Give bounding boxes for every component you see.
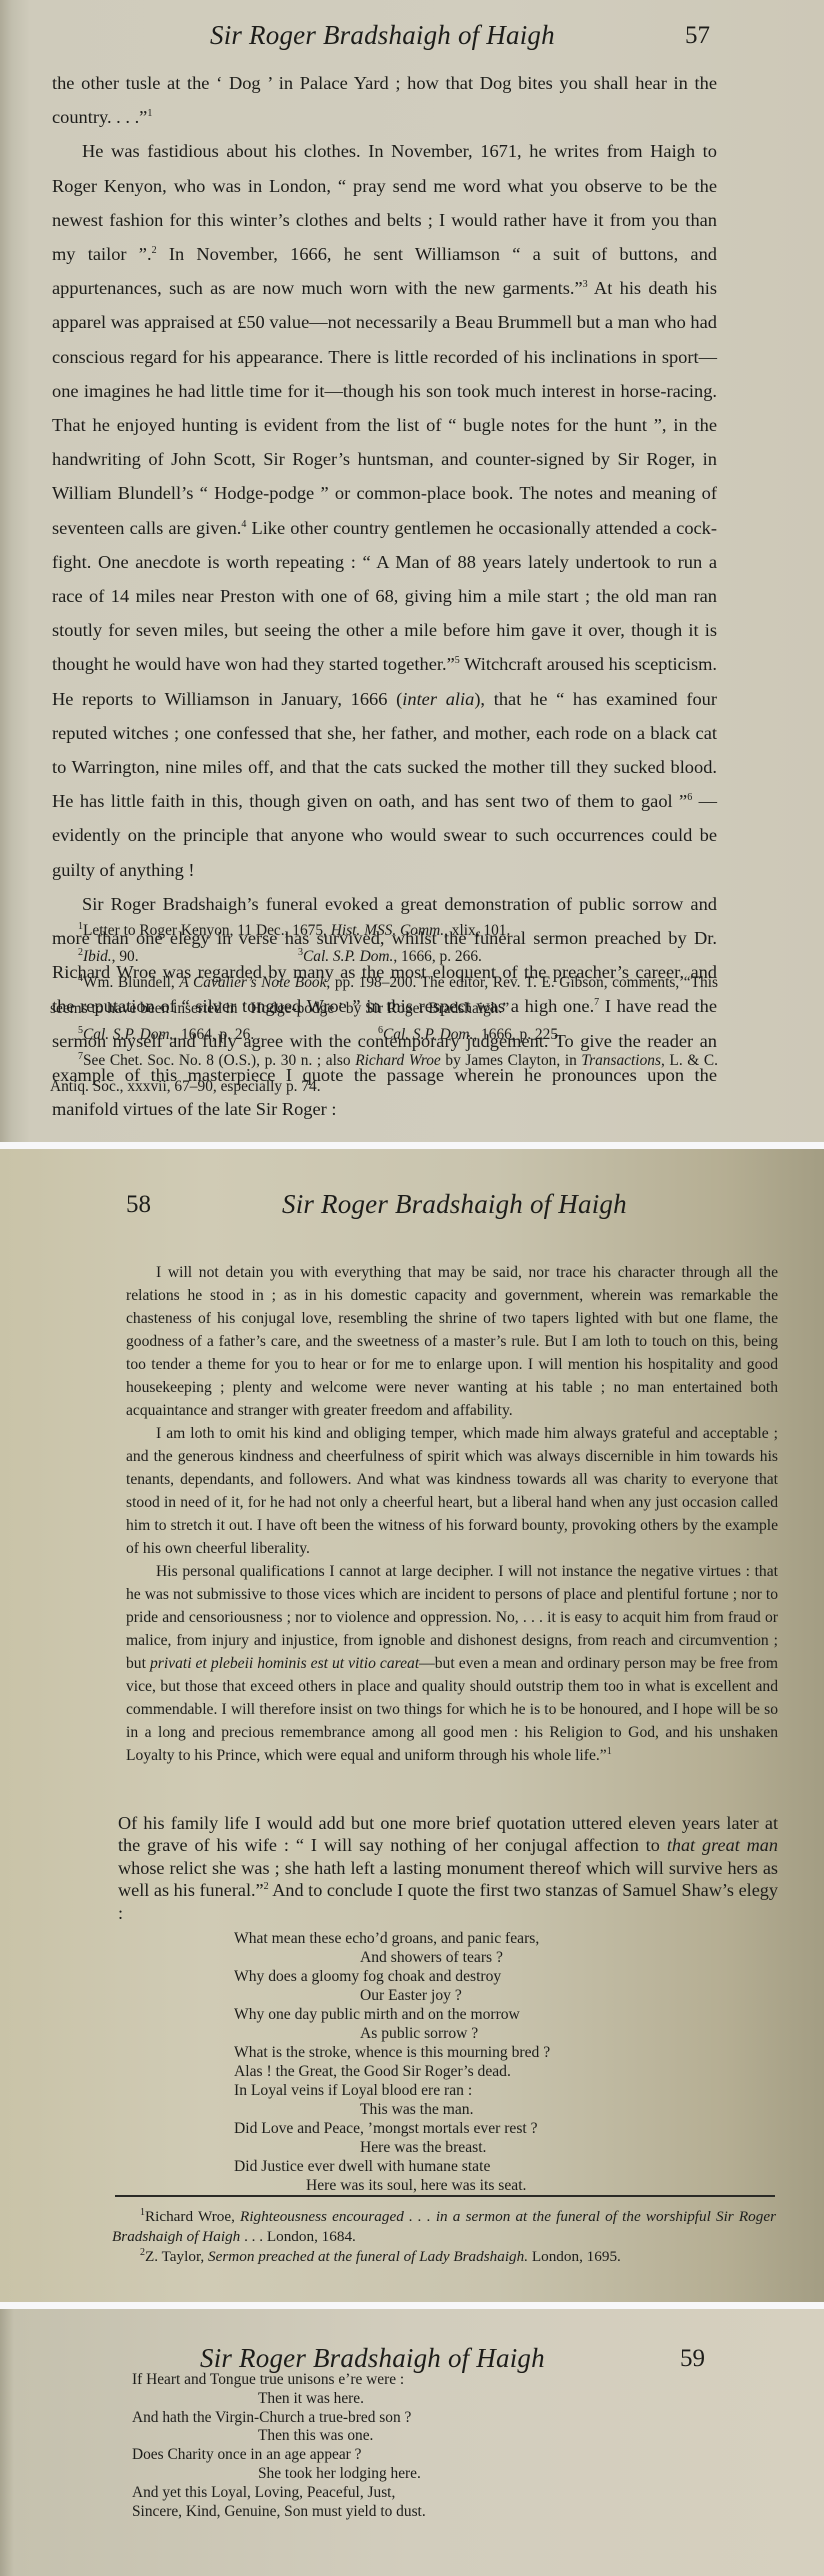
poem-line: Alas ! the Great, the Good Sir Roger’s d…	[234, 2062, 550, 2081]
poem-line: She took her lodging here.	[132, 2465, 426, 2484]
poem-line: Sincere, Kind, Genuine, Son must yield t…	[132, 2503, 426, 2522]
poem-line: And hath the Virgin-Church a true-bred s…	[132, 2409, 426, 2428]
running-head: Sir Roger Bradshaigh of Haigh	[210, 20, 555, 51]
footnote-2: 2Z. Taylor, Sermon preached at the funer…	[112, 2247, 776, 2267]
running-head: Sir Roger Bradshaigh of Haigh	[200, 2343, 545, 2374]
poem-line: And yet this Loyal, Loving, Peaceful, Ju…	[132, 2484, 426, 2503]
footnote-pair-5-6: 5Cal. S.P. Dom., 1664, p. 26. 6Cal. S.P.…	[50, 1022, 718, 1048]
poem-line: Why does a gloomy fog choak and destroy	[234, 1967, 550, 1986]
poem-line: Does Charity once in an age appear ?	[132, 2446, 426, 2465]
body-text: Of his family life I would add but one m…	[118, 1812, 778, 1924]
footnote-rule	[115, 2195, 775, 2197]
footnote-marker: 2	[264, 1881, 269, 1892]
poem-line: What mean these echo’d groans, and panic…	[234, 1929, 550, 1948]
footnote-1: 1Letter to Roger Kenyon, 11 Dec., 1675, …	[50, 918, 718, 944]
running-head: Sir Roger Bradshaigh of Haigh	[282, 1189, 627, 1220]
poem-line: This was the man.	[234, 2100, 550, 2119]
footnote-marker: 1	[607, 1746, 612, 1757]
footnote-2: 2Ibid., 90.	[78, 944, 298, 970]
poem-line: Here was its soul, here was its seat.	[234, 2176, 550, 2195]
footnote-marker: 3	[583, 279, 588, 290]
poem-line: If Heart and Tongue true unisons e’re we…	[132, 2371, 426, 2390]
page-number: 57	[685, 22, 710, 50]
poem-line: Our Easter joy ?	[234, 1986, 550, 2005]
poem-line: Here was the breast.	[234, 2138, 550, 2157]
poem-line: Why one day public mirth and on the morr…	[234, 2005, 550, 2024]
poem-line: In Loyal veins if Loyal blood ere ran :	[234, 2081, 550, 2100]
footnote-marker: 4	[241, 519, 246, 530]
footnote-pair-2-3: 2Ibid., 90. 3Cal. S.P. Dom., 1666, p. 26…	[50, 944, 718, 970]
footnote-3: 3Cal. S.P. Dom., 1666, p. 266.	[298, 944, 482, 970]
footnote-marker: 1	[147, 108, 152, 119]
paragraph: Of his family life I would add but one m…	[118, 1812, 778, 1924]
elegy-stanza-1: What mean these echo’d groans, and panic…	[234, 1929, 550, 2195]
elegy-stanza-2: If Heart and Tongue true unisons e’re we…	[132, 2371, 426, 2521]
poem-line: What is the stroke, whence is this mourn…	[234, 2043, 550, 2062]
sermon-quotation: I will not detain you with everything th…	[126, 1261, 778, 1767]
poem-line: Then this was one.	[132, 2427, 426, 2446]
poem-line: And showers of tears ?	[234, 1948, 550, 1967]
book-page-57: Sir Roger Bradshaigh of Haigh 57 the oth…	[0, 0, 824, 1142]
poem-line: As public sorrow ?	[234, 2024, 550, 2043]
footnote-6: 6Cal. S.P. Dom., 1666, p. 225.	[378, 1022, 562, 1048]
quote-paragraph: I am loth to omit his kind and obliging …	[126, 1422, 778, 1560]
footnote-marker: 5	[455, 655, 460, 666]
footnotes: 1Richard Wroe, Righteousness encouraged …	[112, 2207, 776, 2267]
poem-line: Did Love and Peace, ’mongst mortals ever…	[234, 2119, 550, 2138]
footnote-5: 5Cal. S.P. Dom., 1664, p. 26.	[78, 1022, 378, 1048]
footnote-marker: 2	[152, 245, 157, 256]
footnotes: 1Letter to Roger Kenyon, 11 Dec., 1675, …	[50, 918, 718, 1100]
poem-line: Then it was here.	[132, 2390, 426, 2409]
footnote-marker: 6	[687, 792, 692, 803]
footnote-4: 4Wm. Blundell, A Cavalier’s Note Book, p…	[50, 970, 718, 1022]
quote-paragraph: His personal qualifications I cannot at …	[126, 1560, 778, 1767]
page-number: 58	[126, 1191, 151, 1219]
book-page-59: Sir Roger Bradshaigh of Haigh 59 If Hear…	[0, 2309, 824, 2576]
footnote-1: 1Richard Wroe, Righteousness encouraged …	[112, 2207, 776, 2247]
paragraph: He was fastidious about his clothes. In …	[52, 134, 717, 886]
poem-line: Did Justice ever dwell with humane state	[234, 2157, 550, 2176]
footnote-7: 7See Chet. Soc. No. 8 (O.S.), p. 30 n. ;…	[50, 1048, 718, 1100]
quote-paragraph: I will not detain you with everything th…	[126, 1261, 778, 1422]
paragraph: the other tusle at the ‘ Dog ’ in Palace…	[52, 66, 717, 134]
page-number: 59	[680, 2345, 705, 2373]
book-page-58: 58 Sir Roger Bradshaigh of Haigh I will …	[0, 1149, 824, 2302]
